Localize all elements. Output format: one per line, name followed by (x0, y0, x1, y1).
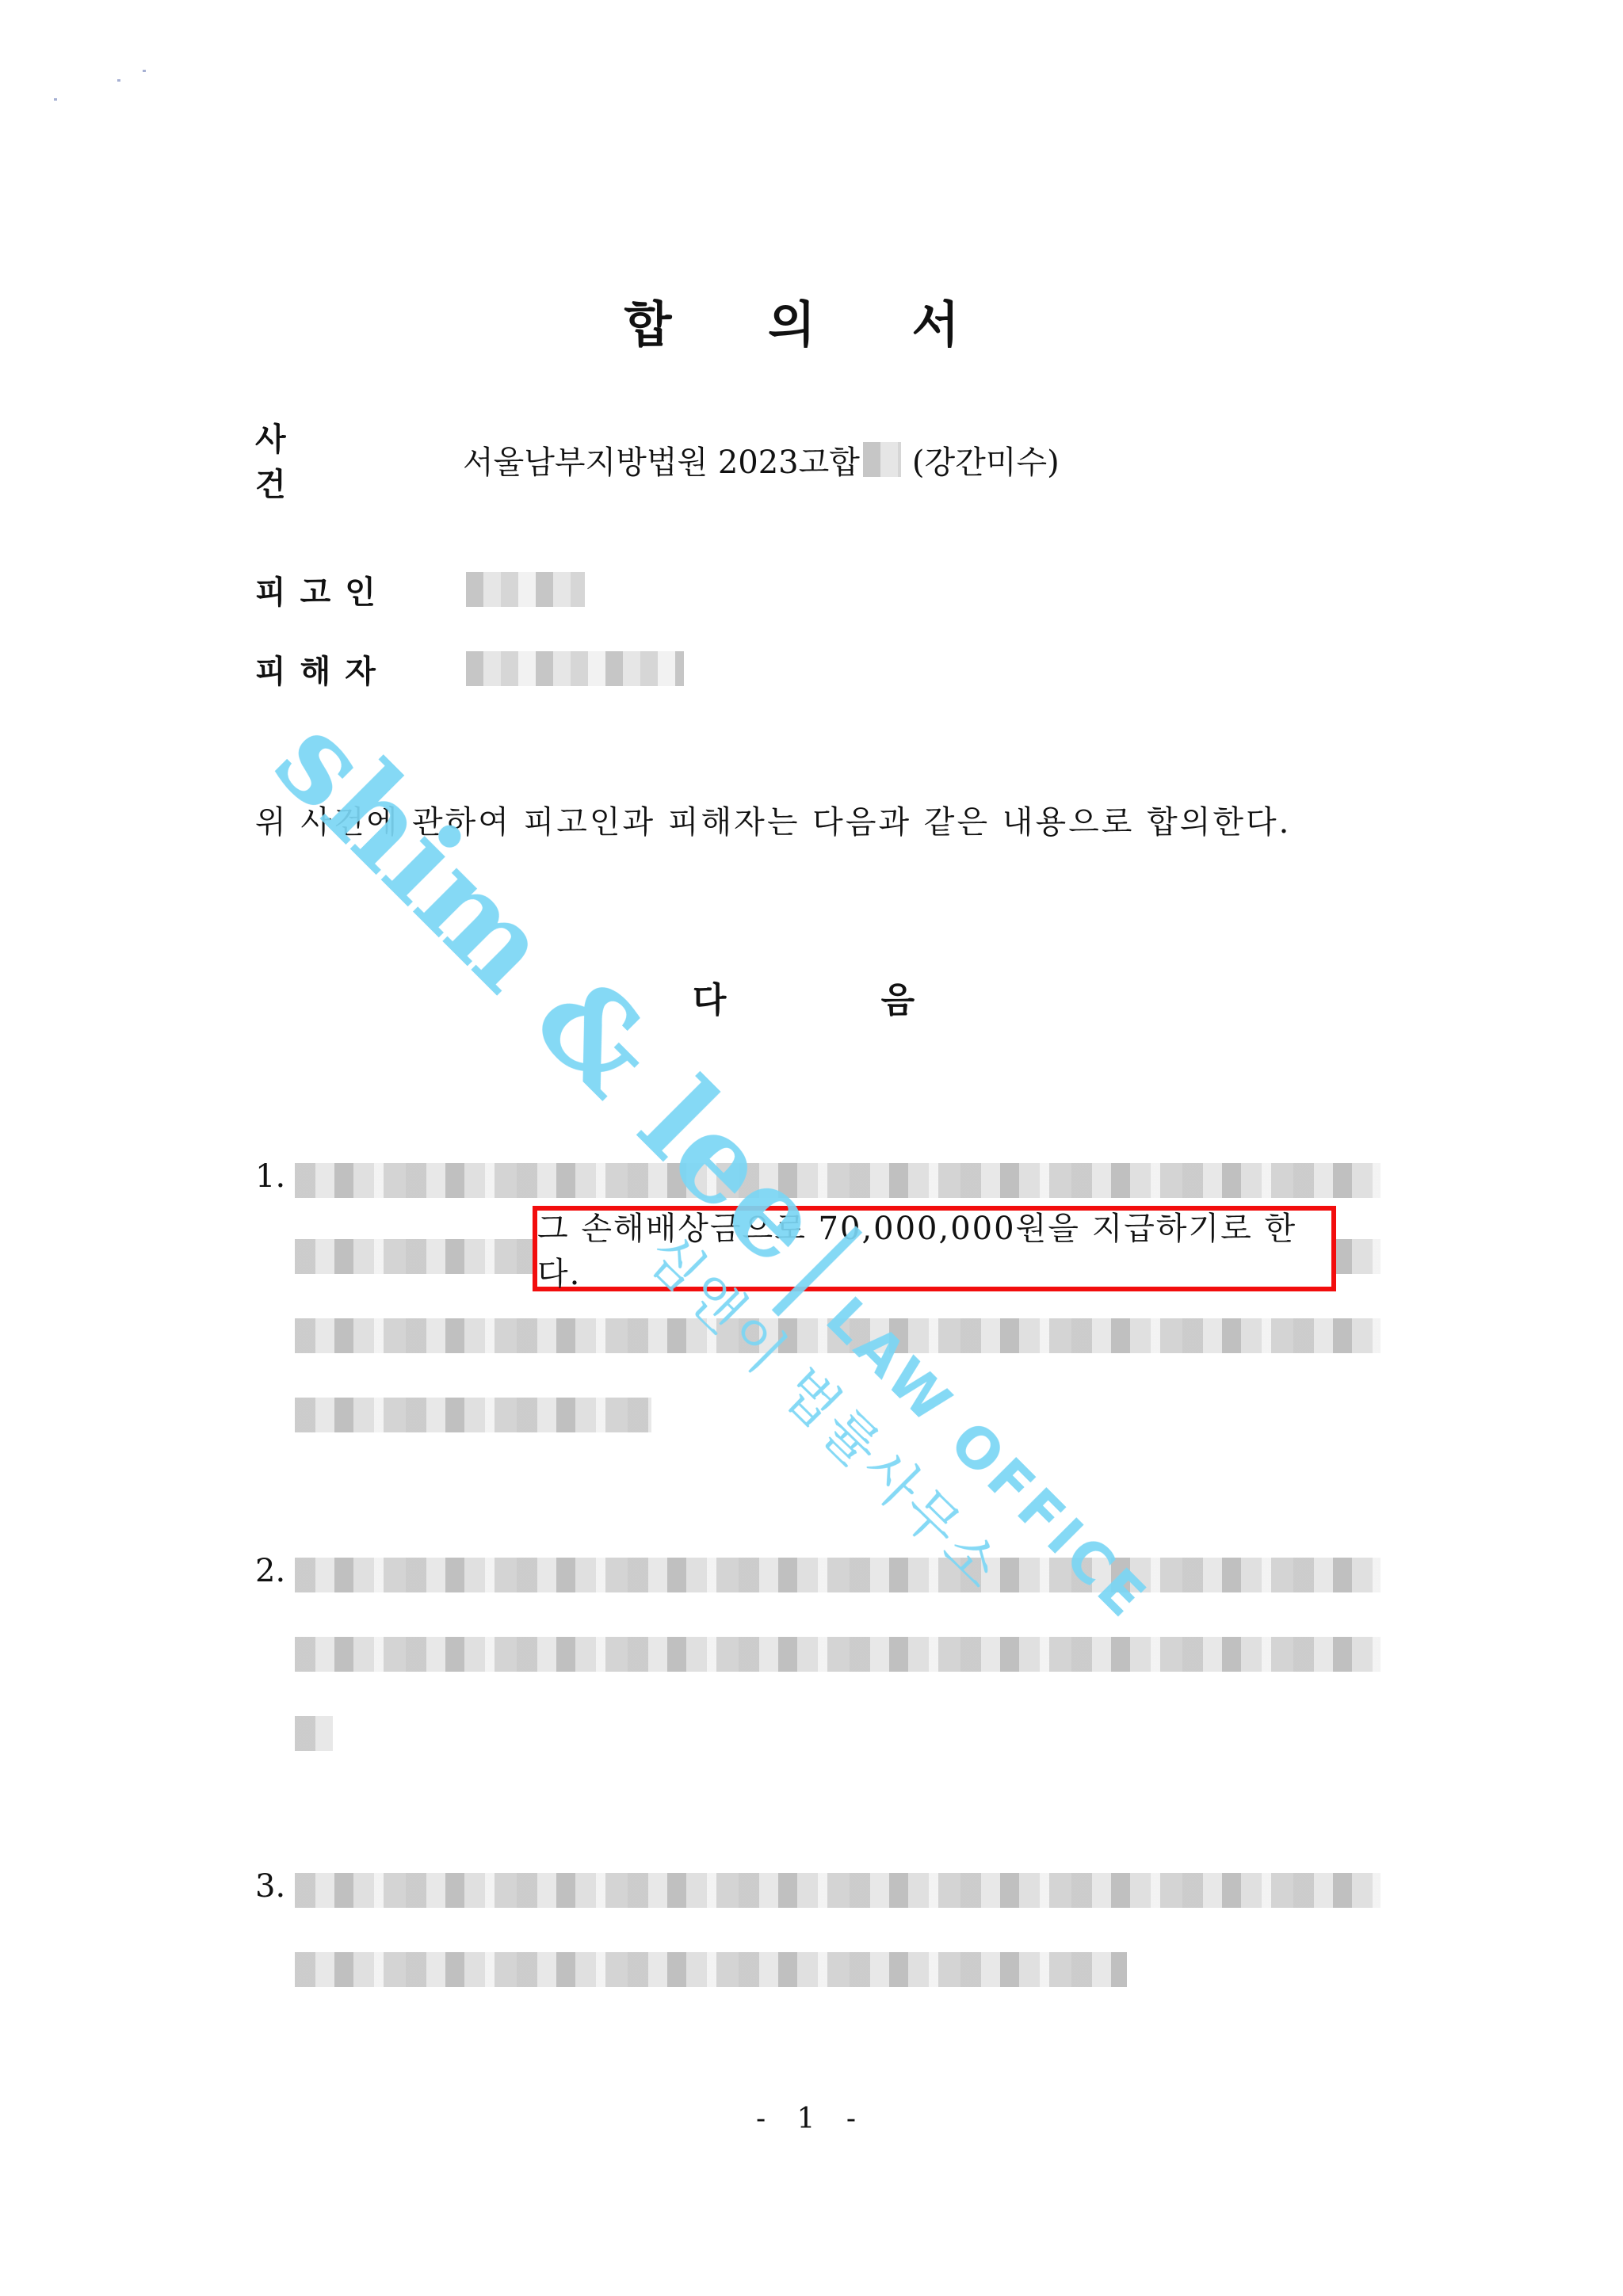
document-title: 합 의 서 (0, 285, 1623, 356)
redacted-line (295, 1952, 1127, 1987)
scan-speck (117, 79, 120, 82)
field-label-defendant: 피고인 (255, 567, 463, 612)
item-number-1: 1. (255, 1158, 285, 1195)
field-label-case: 사 건 (255, 414, 463, 505)
case-court-number: 서울남부지방법원 2023고합 (463, 437, 860, 482)
scan-speck (54, 98, 57, 101)
redacted-defendant-name (466, 572, 585, 607)
section-heading: 다 음 (0, 971, 1623, 1022)
redacted-case-number (863, 442, 901, 477)
case-charge: (강간미수) (912, 437, 1060, 482)
item-number-3: 3. (255, 1868, 285, 1905)
field-label-victim: 피해자 (255, 646, 463, 692)
highlighted-settlement-amount: 그 손해배상금으로 70,000,000원을 지급하기로 한다. (533, 1206, 1336, 1291)
redacted-line (295, 1398, 651, 1432)
redacted-line (295, 1558, 1381, 1592)
redacted-line (295, 1716, 333, 1751)
redacted-line (295, 1318, 1381, 1353)
settlement-text: 그 손해배상금으로 70,000,000원을 지급하기로 한다. (537, 1203, 1331, 1294)
redacted-line (295, 1163, 1381, 1198)
field-defendant: 피고인 (255, 566, 588, 613)
redacted-line (295, 1873, 1381, 1908)
field-value-case: 서울남부지방법원 2023고합 (강간미수) (463, 437, 1060, 482)
intro-paragraph: 위 사건에 관하여 피고인과 피해자는 다음과 같은 내용으로 합의한다. (255, 797, 1291, 842)
scan-speck (143, 70, 146, 72)
redacted-line (295, 1637, 1381, 1672)
page-number: - 1 - (0, 2103, 1623, 2135)
field-case: 사 건 서울남부지방법원 2023고합 (강간미수) (255, 436, 1060, 483)
redacted-victim-name (466, 651, 684, 686)
field-victim: 피해자 (255, 645, 687, 692)
item-number-2: 2. (255, 1553, 285, 1589)
